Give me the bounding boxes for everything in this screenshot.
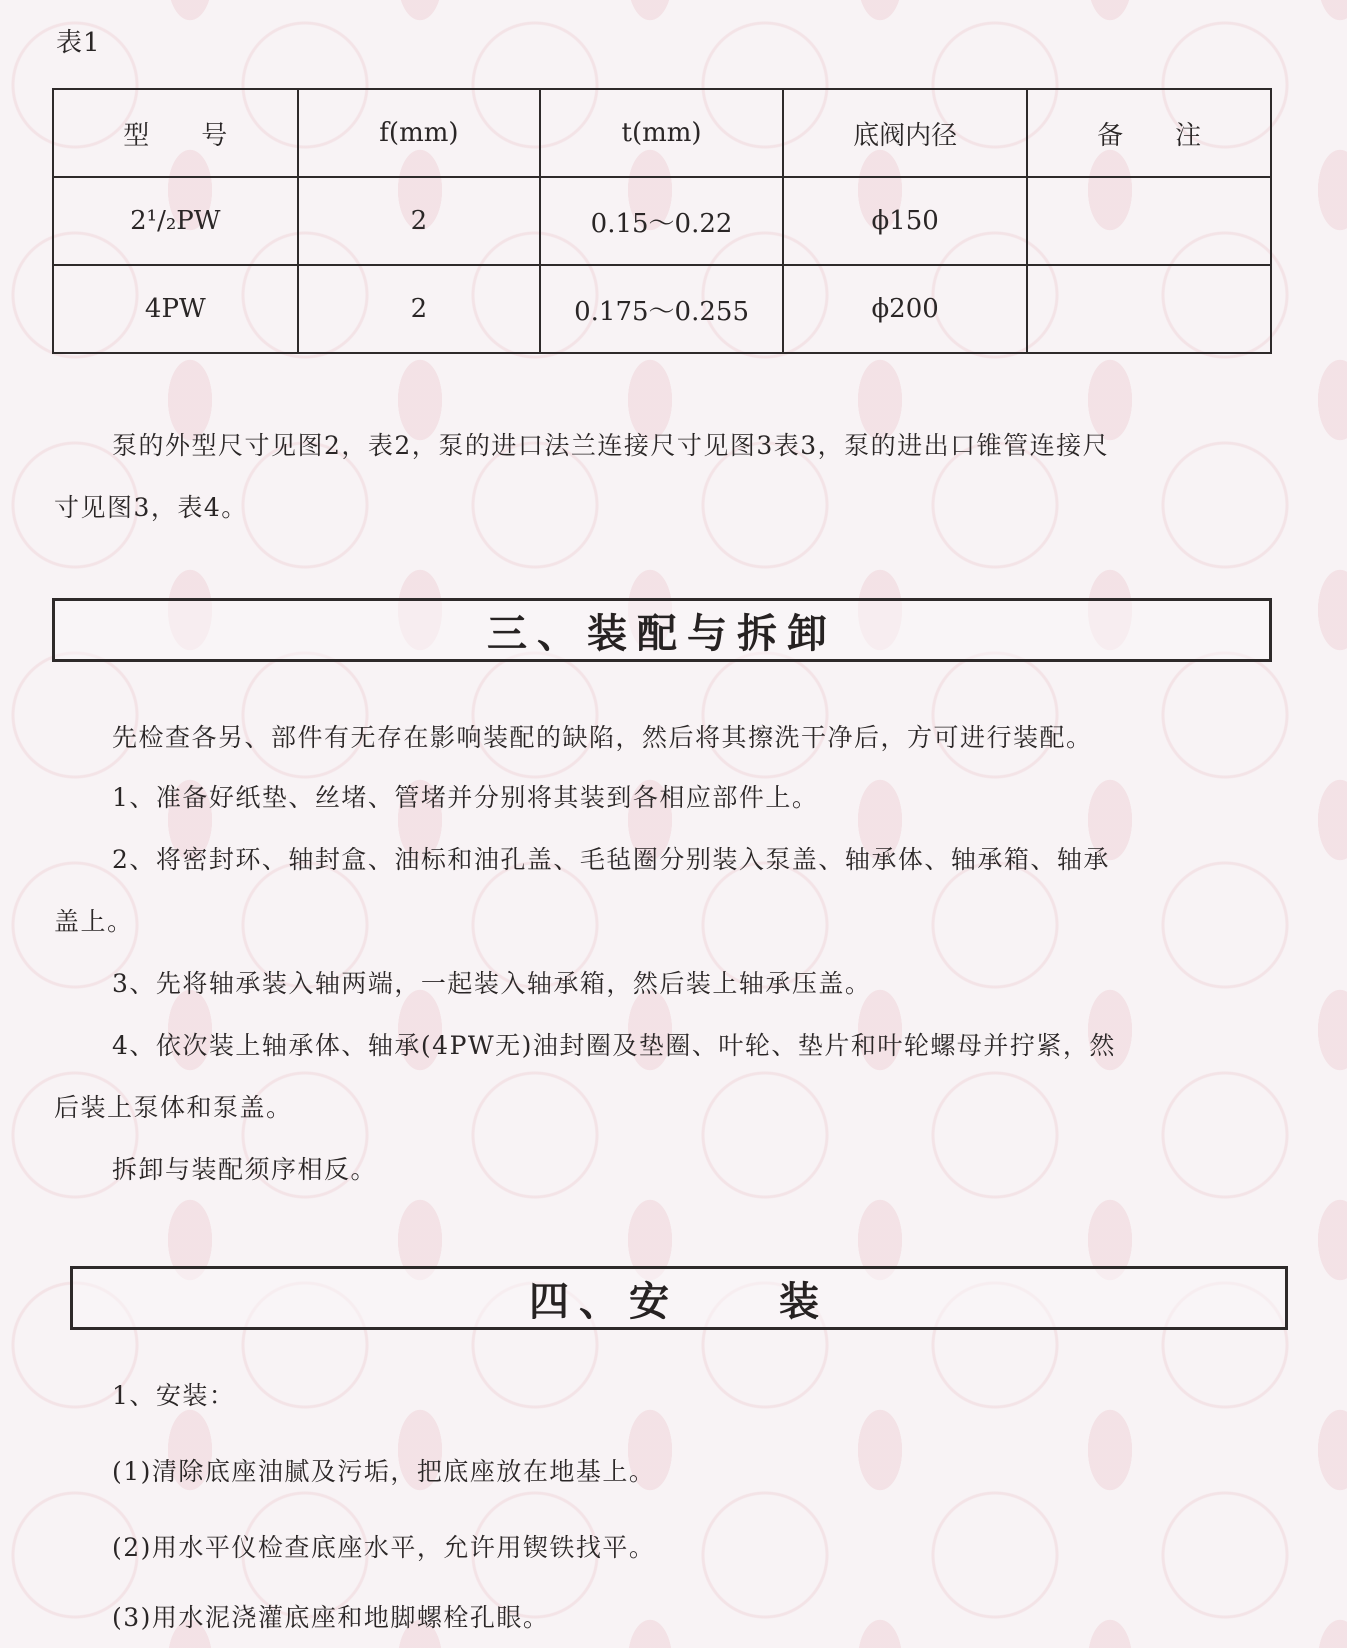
cell-t: 0.175～0.255 <box>540 265 783 353</box>
cell-model: 2¹/₂PW <box>53 177 298 265</box>
table-header-row: 型 号 f(mm) t(mm) 底阀内径 备 注 <box>53 89 1271 177</box>
spec-table: 型 号 f(mm) t(mm) 底阀内径 备 注 2¹/₂PW 2 0.15～0… <box>52 88 1272 354</box>
assembly-step-2-line2: 盖上。 <box>54 902 134 938</box>
assembly-intro: 先检查各另、部件有无存在影响装配的缺陷，然后将其擦洗干净后，方可进行装配。 <box>112 718 1093 754</box>
section-3-title: 三、装配与拆卸 <box>487 602 837 659</box>
installation-subheading: 1、安装： <box>112 1376 235 1412</box>
installation-item-3: (3)用水泥浇灌底座和地脚螺栓孔眼。 <box>112 1598 549 1634</box>
header-model: 型 号 <box>53 89 298 177</box>
header-remarks: 备 注 <box>1027 89 1271 177</box>
cell-f: 2 <box>298 265 541 353</box>
dimensions-note-line2: 寸见图3，表4。 <box>54 488 248 524</box>
header-valve-diameter: 底阀内径 <box>783 89 1027 177</box>
table-row: 4PW 2 0.175～0.255 ϕ200 <box>53 265 1271 353</box>
cell-valve-diameter: ϕ200 <box>783 265 1027 353</box>
header-t: t(mm) <box>540 89 783 177</box>
cell-valve-diameter: ϕ150 <box>783 177 1027 265</box>
cell-model: 4PW <box>53 265 298 353</box>
section-3-header: 三、装配与拆卸 <box>52 598 1272 662</box>
header-f: f(mm) <box>298 89 541 177</box>
cell-remarks <box>1027 265 1271 353</box>
cell-t: 0.15～0.22 <box>540 177 783 265</box>
assembly-step-2-line1: 2、将密封环、轴封盒、油标和油孔盖、毛毡圈分别装入泵盖、轴承体、轴承箱、轴承 <box>112 840 1110 876</box>
assembly-step-4-line1: 4、依次装上轴承体、轴承(4PW无)油封圈及垫圈、叶轮、垫片和叶轮螺母并拧紧，然 <box>112 1026 1116 1062</box>
section-4-title: 四、安 装 <box>529 1270 829 1327</box>
table-caption: 表1 <box>56 22 101 59</box>
dimensions-note-line1: 泵的外型尺寸见图2，表2，泵的进口法兰连接尺寸见图3表3，泵的进出口锥管连接尺 <box>112 426 1109 462</box>
cell-remarks <box>1027 177 1271 265</box>
cell-f: 2 <box>298 177 541 265</box>
installation-item-2: (2)用水平仪检查底座水平，允许用锲铁找平。 <box>112 1528 655 1564</box>
installation-item-1: (1)清除底座油腻及污垢，把底座放在地基上。 <box>112 1452 655 1488</box>
assembly-step-4-line2: 后装上泵体和泵盖。 <box>54 1088 293 1124</box>
disassembly-note: 拆卸与装配须序相反。 <box>112 1150 377 1186</box>
assembly-step-1: 1、准备好纸垫、丝堵、管堵并分别将其装到各相应部件上。 <box>112 778 818 814</box>
table-row: 2¹/₂PW 2 0.15～0.22 ϕ150 <box>53 177 1271 265</box>
section-4-header: 四、安 装 <box>70 1266 1288 1330</box>
assembly-step-3: 3、先将轴承装入轴两端，一起装入轴承箱，然后装上轴承压盖。 <box>112 964 871 1000</box>
document-page: 表1 型 号 f(mm) t(mm) 底阀内径 备 注 2¹/₂PW 2 0.1… <box>0 0 1347 1648</box>
